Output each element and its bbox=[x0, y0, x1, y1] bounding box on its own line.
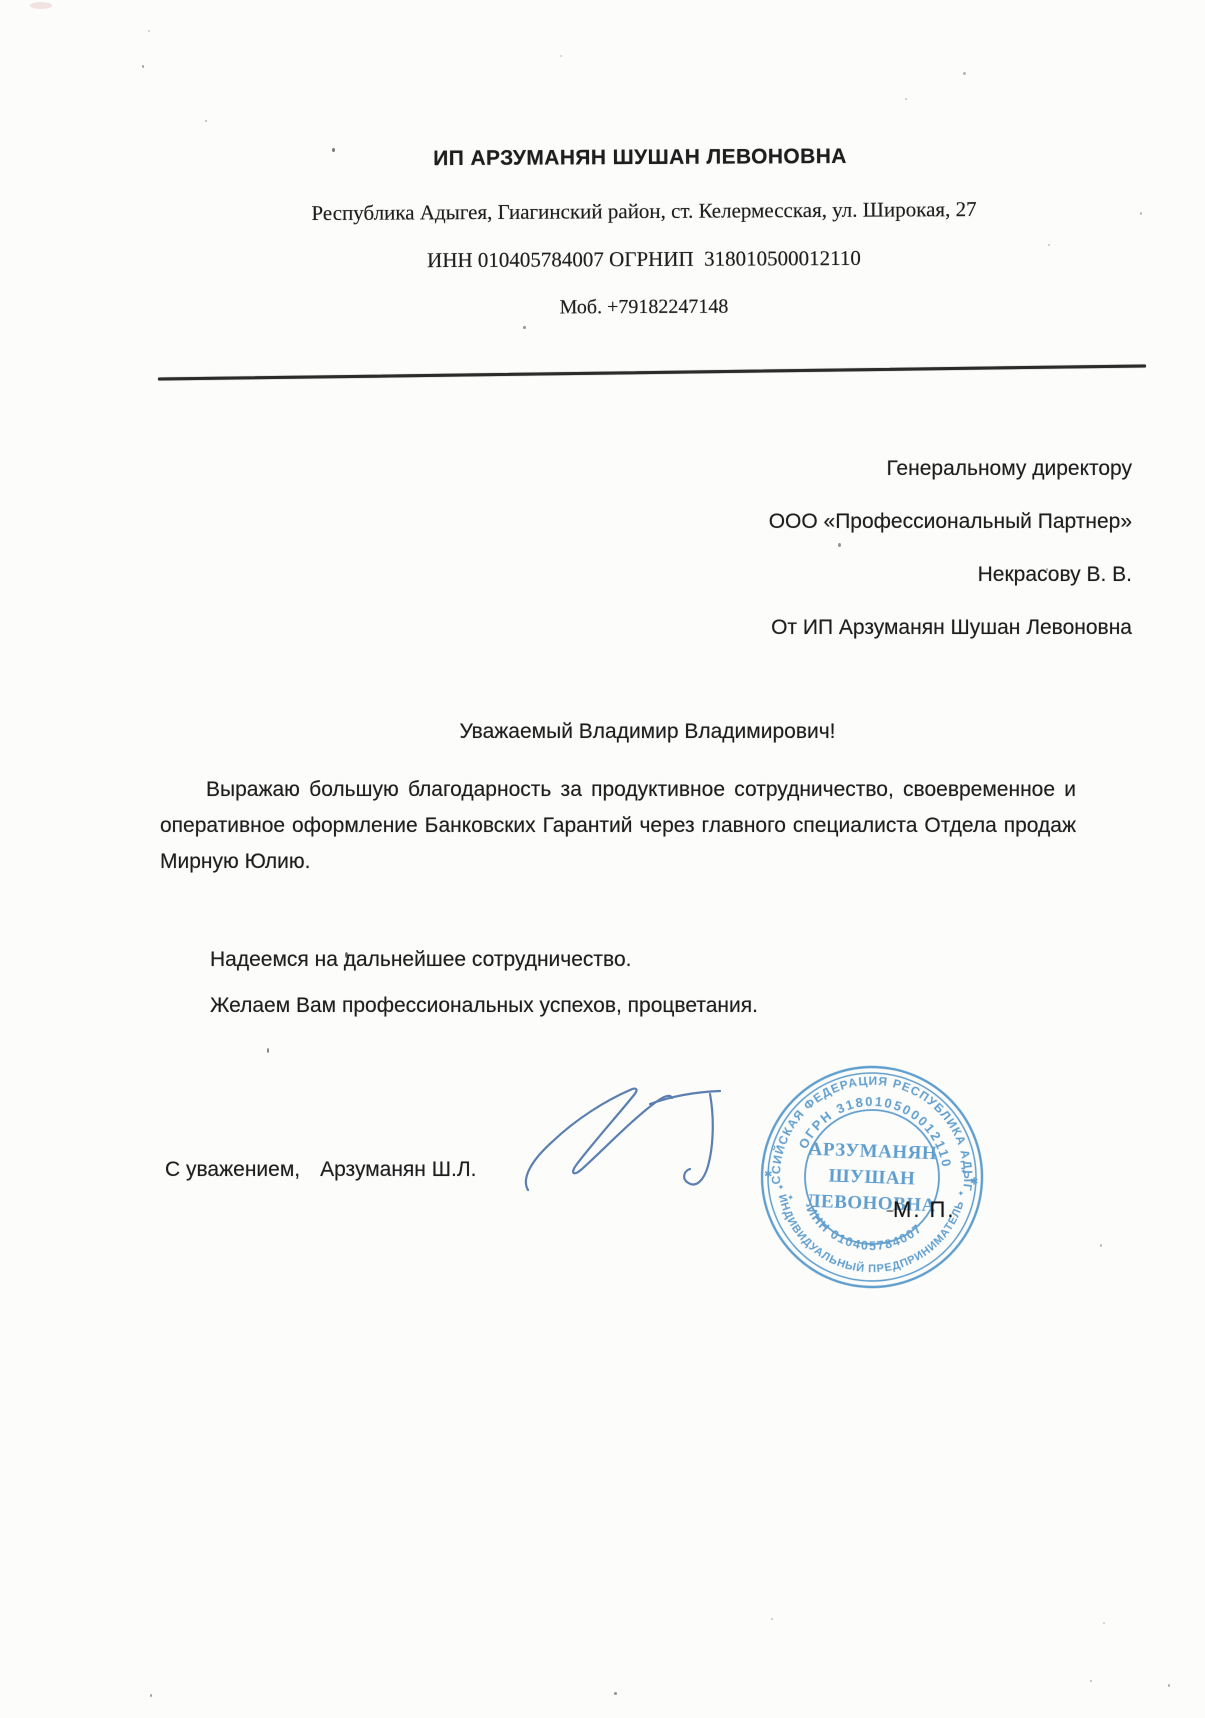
stamp-diamond-mark: ✦ bbox=[957, 1189, 964, 1198]
closing-line: С уважением,Арзуманян Ш.Л. bbox=[165, 1158, 476, 1182]
scan-speck bbox=[142, 65, 144, 68]
body-paragraph: Выражаю большую благодарность за продукт… bbox=[160, 772, 1076, 880]
handwritten-signature bbox=[522, 1082, 734, 1208]
stamp-diamond-mark: ✦ bbox=[787, 1193, 794, 1202]
org-phone-line: Моб. +79182247148 bbox=[84, 294, 1204, 322]
closing-name: Арзуманян Ш.Л. bbox=[320, 1158, 476, 1181]
salutation-line: Уважаемый Владимир Владимирович! bbox=[90, 720, 1205, 744]
scan-speck bbox=[1046, 568, 1048, 571]
org-name-title: ИП АРЗУМАНЯН ШУШАН ЛЕВОНОВНА bbox=[70, 143, 1205, 173]
scanned-letter-page: ИП АРЗУМАНЯН ШУШАН ЛЕВОНОВНА Республика … bbox=[0, 0, 1205, 1718]
scan-speck bbox=[1090, 1680, 1092, 1682]
recipient-block: Генеральному директору ООО «Профессионал… bbox=[600, 442, 1132, 654]
stamp-name-line-2: ШУШАН bbox=[828, 1165, 915, 1189]
stamp-star-separator: ✱ bbox=[764, 1169, 773, 1180]
wish-line: Желаем Вам профессиональных успехов, про… bbox=[210, 994, 758, 1018]
scan-speck bbox=[838, 543, 841, 547]
scan-speck bbox=[267, 1048, 269, 1053]
scan-speck bbox=[560, 55, 562, 57]
scan-speck bbox=[614, 1692, 617, 1695]
header-divider bbox=[158, 364, 1146, 380]
recipient-line-position: Генеральному директору bbox=[600, 442, 1132, 495]
stamp-place-mark: М. П. bbox=[893, 1197, 955, 1223]
scan-speck bbox=[150, 1694, 152, 1697]
scan-speck bbox=[1100, 1244, 1102, 1247]
recipient-line-company: ООО «Профессиональный Партнер» bbox=[600, 495, 1132, 548]
closing-label: С уважением, bbox=[165, 1158, 300, 1181]
scan-speck bbox=[523, 326, 526, 329]
hope-line: Надеемся на дальнейшее сотрудничество. bbox=[210, 948, 631, 972]
stamp-diamond-mark: ✦ bbox=[960, 1167, 967, 1176]
scan-speck bbox=[332, 148, 335, 152]
org-address-line: Республика Адыгея, Гиагинский район, ст.… bbox=[84, 196, 1204, 228]
scan-speck bbox=[905, 98, 907, 100]
scan-speck bbox=[1140, 212, 1142, 215]
round-stamp: РОССИЙСКАЯ ФЕДЕРАЦИЯ РЕСПУБЛИКА АДЫГЕЯ И… bbox=[748, 1053, 996, 1301]
scan-speck bbox=[963, 72, 966, 75]
org-registration-line: ИНН 010405784007 ОГРНИП 318010500012110 bbox=[84, 244, 1204, 275]
scan-speck bbox=[1048, 244, 1050, 246]
scan-speck bbox=[30, 2, 52, 9]
paragraph-line: оперативное оформление Банковских Гарант… bbox=[160, 808, 1076, 844]
stamp-star-separator: ✱ bbox=[970, 1176, 979, 1187]
stamp-diamond-mark: ✦ bbox=[777, 1183, 784, 1192]
scan-speck bbox=[771, 1618, 773, 1620]
scan-speck bbox=[148, 30, 150, 32]
paragraph-line: Выражаю большую благодарность за продукт… bbox=[160, 772, 1076, 808]
scan-speck bbox=[1103, 1622, 1105, 1624]
recipient-line-sender: От ИП Арзуманян Шушан Левоновна bbox=[600, 601, 1132, 654]
scan-speck bbox=[886, 1210, 894, 1212]
paragraph-line: Мирную Юлию. bbox=[160, 844, 1076, 880]
stamp-name-line-1: АРЗУМАНЯН bbox=[808, 1139, 937, 1164]
scan-speck bbox=[1168, 1684, 1170, 1687]
scan-speck bbox=[345, 952, 348, 958]
scan-speck bbox=[205, 120, 207, 122]
recipient-line-person: Некрасову В. В. bbox=[600, 548, 1132, 601]
